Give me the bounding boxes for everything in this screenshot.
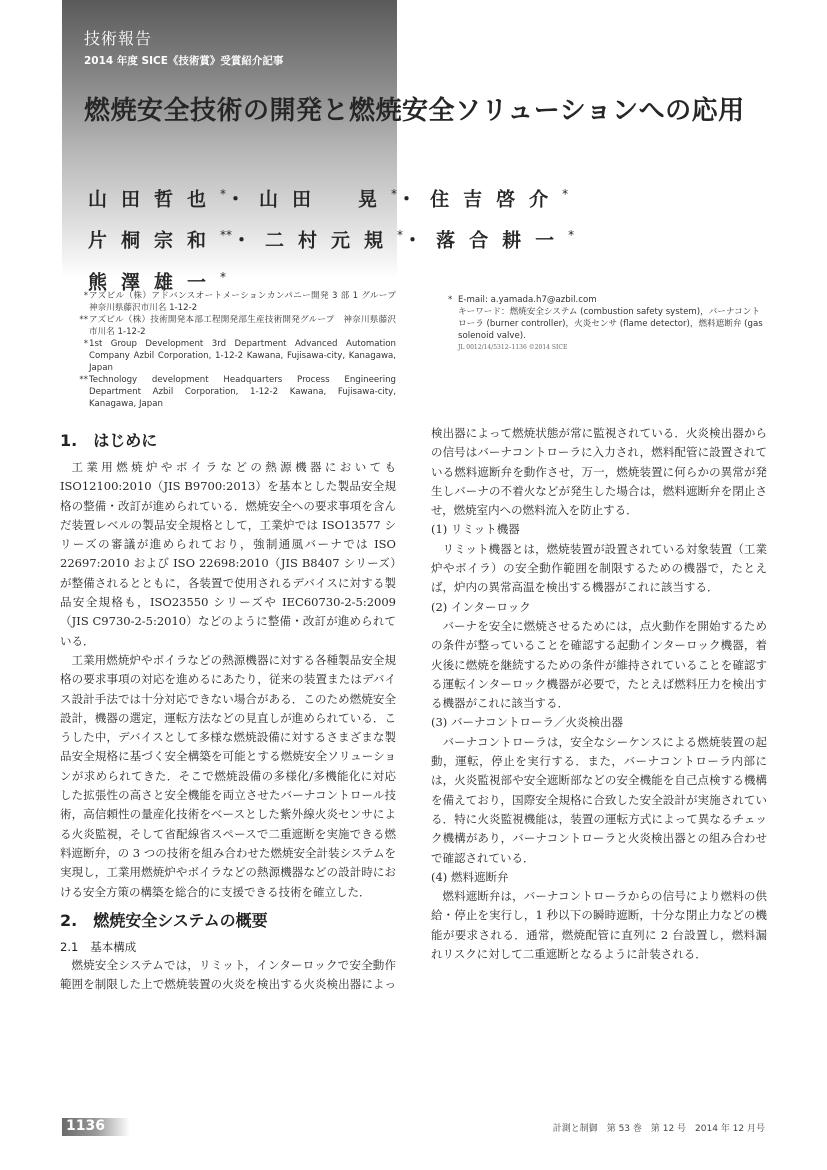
subsection-number: 2.1 <box>60 940 78 954</box>
author-name: 山田哲也 <box>88 188 220 210</box>
affiliation-mark: ** <box>70 314 89 338</box>
author-affil-mark: * <box>220 270 226 284</box>
author-name: 住吉啓介 <box>430 188 562 210</box>
article-title: 燃焼安全技術の開発と燃焼安全ソリューションへの応用 <box>84 90 745 127</box>
affiliation-text: アズビル（株）アドバンスオートメーションカンパニー開発 3 部 1 グループ 神… <box>89 290 396 314</box>
contact-info: * E-mail: a.yamada.h7@azbil.com キーワード：燃焼… <box>448 294 768 354</box>
affiliation-item: ** アズビル（株）技術開発本部工程開発部生産技術開発グループ 神奈川県藤沢市川… <box>70 314 396 338</box>
section-title: 燃焼安全システムの概要 <box>93 911 267 930</box>
paragraph: リミット機器とは，燃焼装置が設置されている対象装置（工業炉やボイラ）の安全動作範… <box>431 540 767 598</box>
affiliation-text: 1st Group Development 3rd Department Adv… <box>89 338 396 374</box>
affiliations: * アズビル（株）アドバンスオートメーションカンパニー開発 3 部 1 グループ… <box>70 290 396 410</box>
journal-code: JL 0012/14/5312–1136 ©2014 SICE <box>448 342 768 354</box>
paragraph: 工業用燃焼炉やボイラなどの熱源機器に対する各種製品安全規格の要求事項の対応を進め… <box>60 651 396 902</box>
paragraph: 燃焼安全システムでは，リミット，インターロックで安全動作範囲を制限した上で燃焼装… <box>60 956 396 994</box>
email-mark: * <box>448 294 458 306</box>
section-heading-1: 1.はじめに <box>60 430 396 452</box>
email-address[interactable]: E-mail: a.yamada.h7@azbil.com <box>458 294 597 306</box>
author-line-2: 片桐宗和**・二村元規*・落合耕一* <box>88 217 574 258</box>
author-affil-mark: * <box>562 187 568 201</box>
affiliation-text: Technology development Headquarters Proc… <box>89 374 396 410</box>
author-list: 山田哲也*・山田 晃*・住吉啓介* 片桐宗和**・二村元規*・落合耕一* 熊澤雄… <box>88 176 574 300</box>
paragraph: バーナコントローラは，安全なシーケンスによる燃焼装置の起動，運転，停止を実行する… <box>431 733 767 868</box>
item-heading: (3) バーナコントローラ／火炎検出器 <box>431 713 767 732</box>
author-separator: ・ <box>232 230 265 252</box>
author-separator: ・ <box>397 188 430 210</box>
affiliation-mark: ** <box>70 374 89 410</box>
article-subcategory: 2014 年度 SICE《技術賞》受賞紹介記事 <box>84 53 283 68</box>
item-heading: (4) 燃料遮断弁 <box>431 868 767 887</box>
article-category: 技術報告 <box>84 26 152 49</box>
paragraph: バーナを安全に燃焼させるためには，点火動作を開始するための条件が整っていることを… <box>431 617 767 713</box>
page-number-badge: 1136 <box>62 1118 130 1136</box>
affiliation-mark: * <box>70 338 89 374</box>
section-title: はじめに <box>93 431 157 450</box>
email-row: * E-mail: a.yamada.h7@azbil.com <box>448 294 768 306</box>
paragraph-continued: 検出器によって燃焼状態が常に監視されている．火炎検出器からの信号はバーナコントロ… <box>431 424 767 520</box>
left-column: 1.はじめに 工業用燃焼炉やボイラなどの熱源機器においても ISO12100:2… <box>60 424 396 994</box>
item-heading: (2) インターロック <box>431 598 767 617</box>
section-number: 2. <box>60 911 77 930</box>
affiliation-item: * 1st Group Development 3rd Department A… <box>70 338 396 374</box>
subsection-heading: 2.1基本構成 <box>60 938 396 956</box>
keywords: キーワード：燃焼安全システム (combustion safety system… <box>448 306 768 342</box>
subsection-title: 基本構成 <box>90 940 136 954</box>
right-column: 検出器によって燃焼状態が常に監視されている．火炎検出器からの信号はバーナコントロ… <box>431 424 767 964</box>
affiliation-mark: * <box>70 290 89 314</box>
author-affil-mark: * <box>568 228 574 242</box>
author-name: 二村元規 <box>265 230 397 252</box>
journal-info: 計測と制御 第 53 巻 第 12 号 2014 年 12 月号 <box>553 1121 765 1134</box>
affiliation-item: ** Technology development Headquarters P… <box>70 374 396 410</box>
author-affil-mark: ** <box>220 228 232 242</box>
author-name: 片桐宗和 <box>88 230 220 252</box>
paragraph: 燃料遮断弁は，バーナコントローラからの信号により燃料の供給・停止を実行し，1 秒… <box>431 887 767 964</box>
author-separator: ・ <box>226 188 259 210</box>
author-name: 山田 晃 <box>259 188 391 210</box>
affiliation-text: アズビル（株）技術開発本部工程開発部生産技術開発グループ 神奈川県藤沢市川名 1… <box>89 314 396 338</box>
author-name: 落合耕一 <box>436 230 568 252</box>
section-heading-2: 2.燃焼安全システムの概要 <box>60 910 396 932</box>
affiliation-item: * アズビル（株）アドバンスオートメーションカンパニー開発 3 部 1 グループ… <box>70 290 396 314</box>
paragraph: 工業用燃焼炉やボイラなどの熱源機器においても ISO12100:2010（JIS… <box>60 458 396 651</box>
item-heading: (1) リミット機器 <box>431 520 767 539</box>
author-line-1: 山田哲也*・山田 晃*・住吉啓介* <box>88 176 574 217</box>
section-number: 1. <box>60 431 77 450</box>
author-separator: ・ <box>403 230 436 252</box>
page-number: 1136 <box>66 1118 105 1134</box>
